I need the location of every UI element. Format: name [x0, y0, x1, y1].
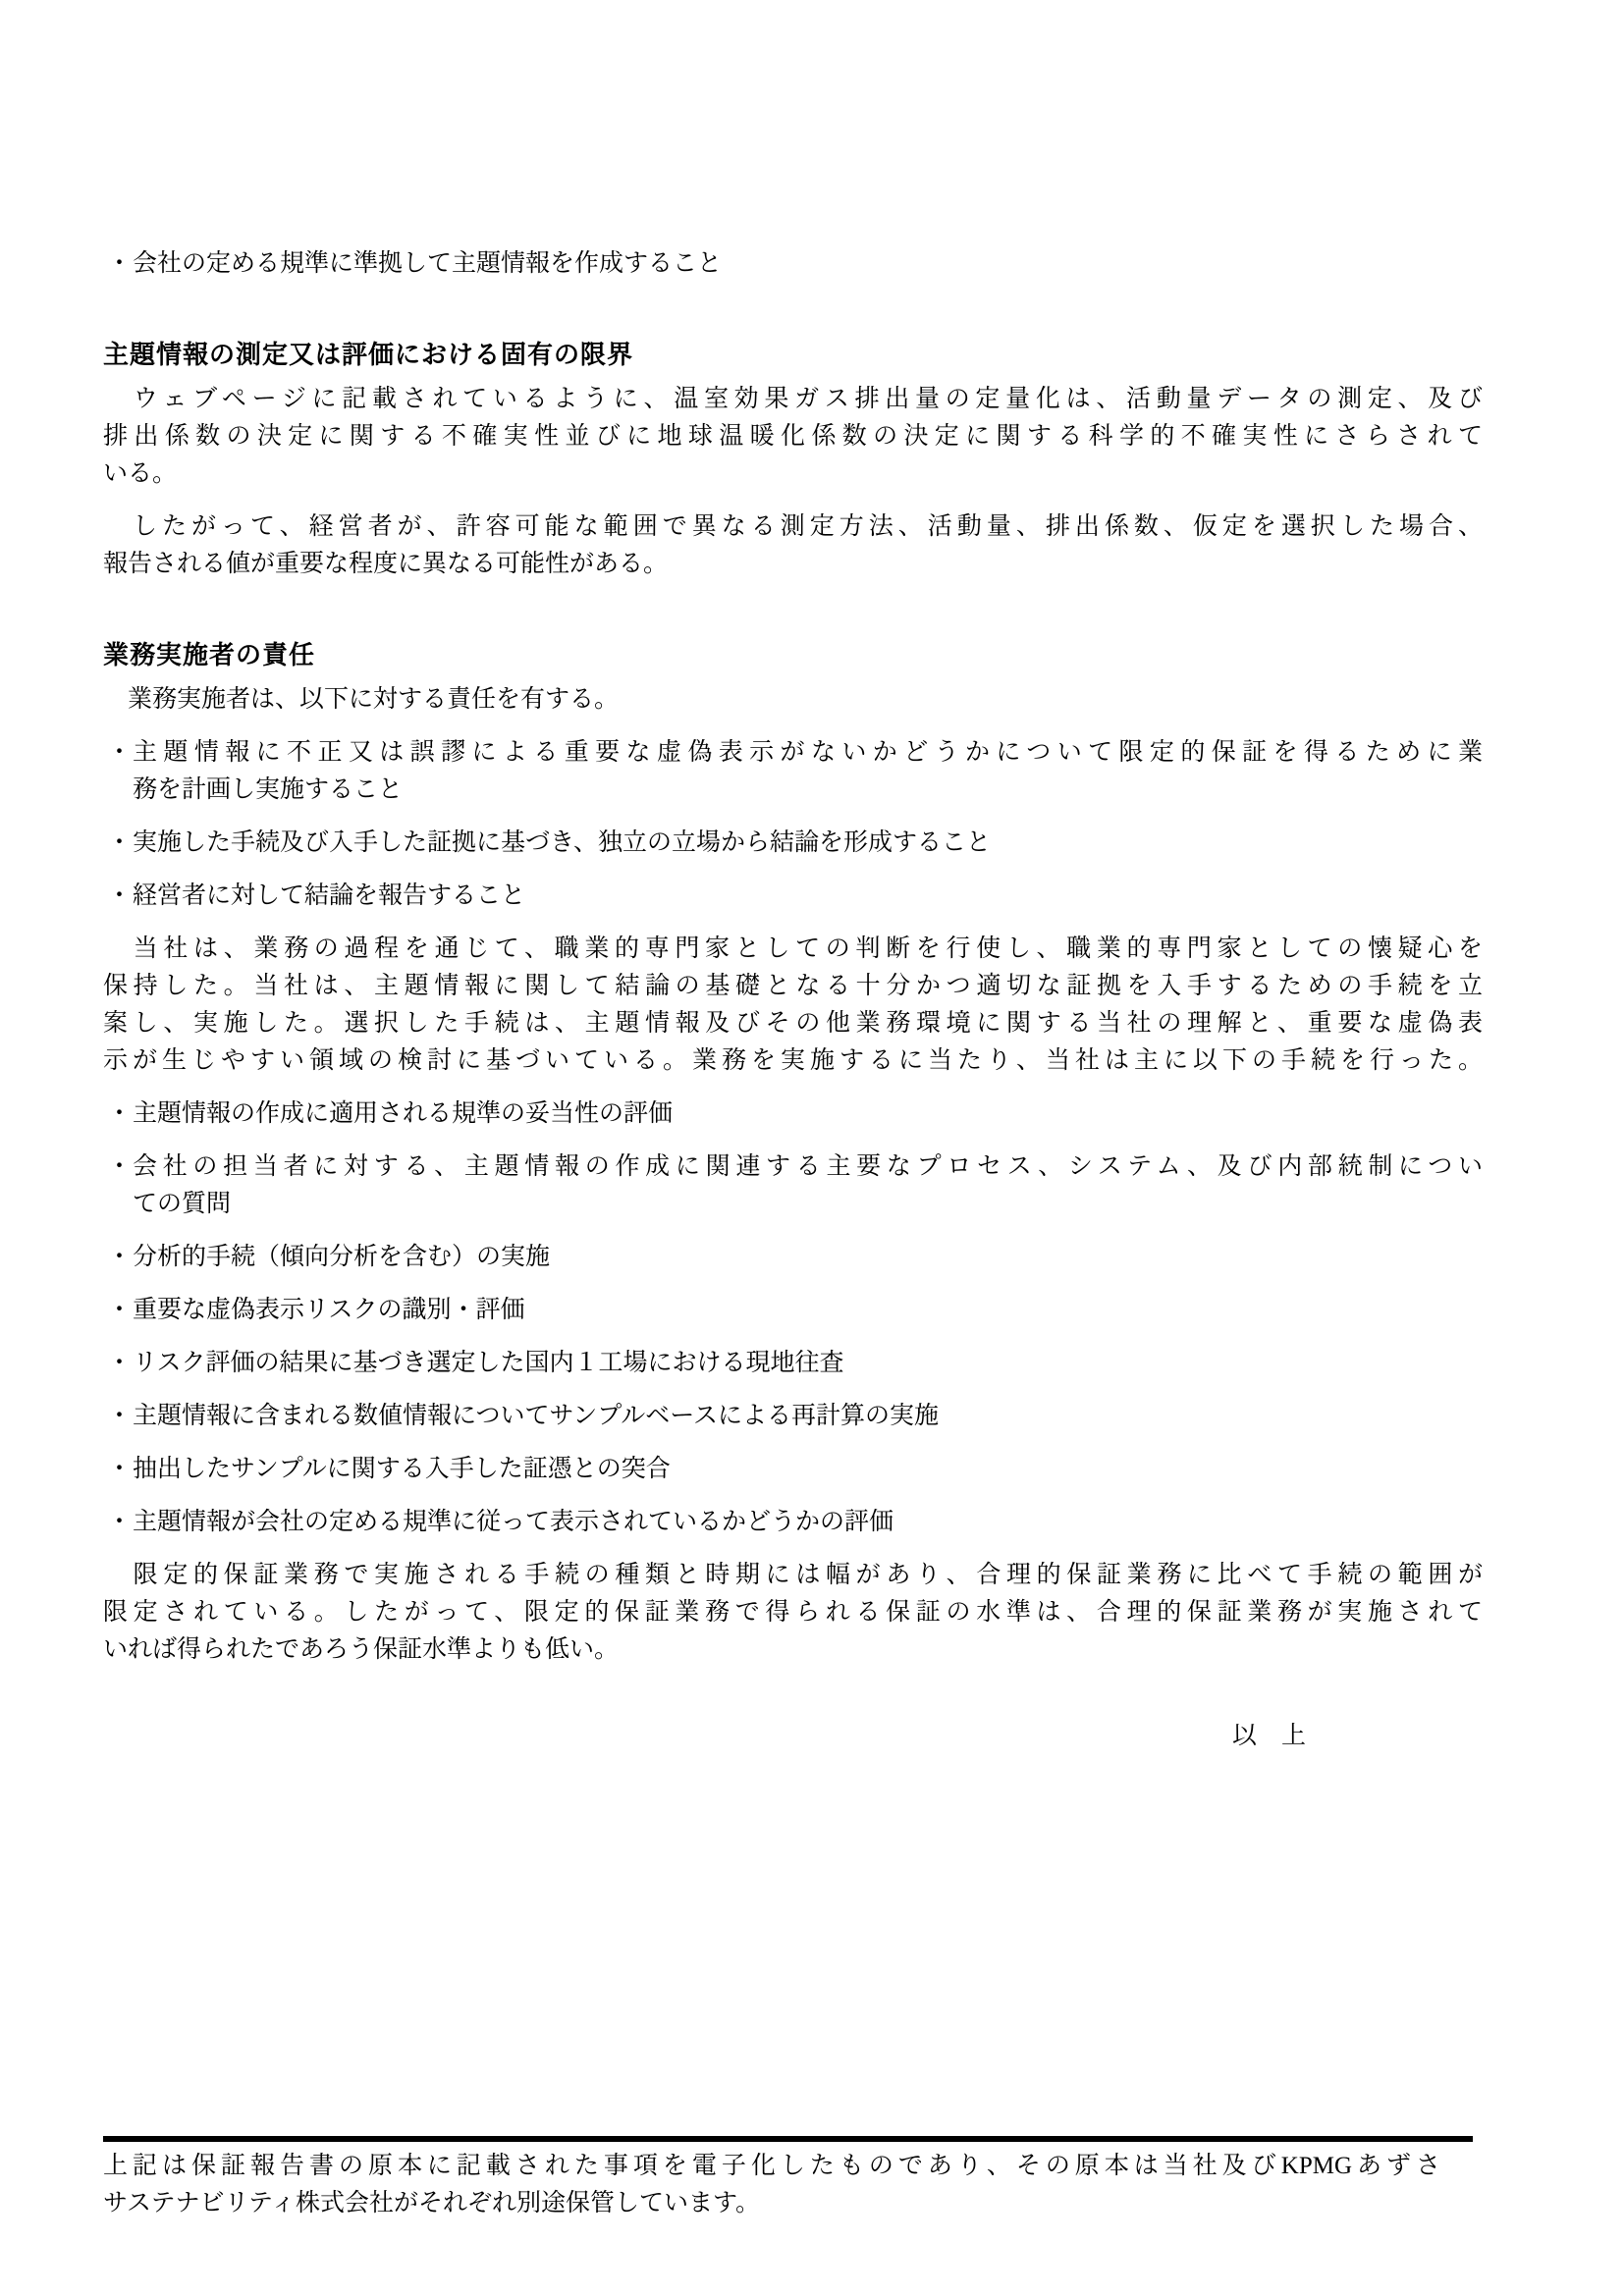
paragraph-measurement-variation: したがって、経営者が、許容可能な範囲で異なる測定方法、活動量、排出係数、仮定を選…	[103, 508, 1483, 583]
text-line: 保持した。当社は、主題情報に関して結論の基礎となる十分かつ適切な証拠を入手するた…	[103, 968, 1483, 1005]
text-line: 限定されている。したがって、限定的保証業務で得られる保証の水準は、合理的保証業務…	[103, 1594, 1483, 1631]
text-line: 会社の担当者に対する、主題情報の作成に関連する主要なプロセス、システム、及び内部…	[133, 1148, 1483, 1186]
text-line: 示が生じやすい領域の検討に基づいている。業務を実施するに当たり、当社は主に以下の…	[103, 1042, 1483, 1080]
bullet-text: 経営者に対して結論を報告すること	[133, 878, 1483, 915]
bullet-item: ・分析的手続（傾向分析を含む）の実施	[103, 1239, 1483, 1276]
bullet-marker: ・	[107, 878, 132, 915]
bullet-text: 主題情報に含まれる数値情報についてサンプルベースによる再計算の実施	[133, 1398, 1483, 1435]
text-line: リスク評価の結果に基づき選定した国内１工場における現地往査	[133, 1345, 1483, 1382]
text-line: サステナビリティ株式会社がそれぞれ別途保管しています。	[103, 2185, 1440, 2222]
bullet-text: 重要な虚偽表示リスクの識別・評価	[133, 1292, 1483, 1329]
footer-note: 上記は保証報告書の原本に記載された事項を電子化したものであり、その原本は当社及び…	[103, 2136, 1473, 2222]
text-line: いれば得られたであろう保証水準よりも低い。	[103, 1631, 1483, 1669]
bullet-marker: ・	[107, 1451, 132, 1488]
bullet-marker: ・	[107, 1239, 132, 1276]
text-line: 経営者に対して結論を報告すること	[133, 878, 1483, 915]
bullet-marker: ・	[107, 1292, 132, 1329]
bullet-item: ・経営者に対して結論を報告すること	[103, 878, 1483, 915]
text-line: 案し、実施した。選択した手続は、主題情報及びその他業務環境に関する当社の理解と、…	[103, 1005, 1483, 1042]
bullet-marker: ・	[107, 1398, 132, 1435]
text-line: したがって、経営者が、許容可能な範囲で異なる測定方法、活動量、排出係数、仮定を選…	[103, 508, 1483, 546]
bullet-marker: ・	[107, 1095, 132, 1133]
text-line: 主題情報に不正又は誤謬による重要な虚偽表示がないかどうかについて限定的保証を得る…	[133, 734, 1483, 772]
paragraph-responsibility-lead: 業務実施者は、以下に対する責任を有する。	[103, 681, 1483, 719]
bullet-marker: ・	[107, 825, 132, 862]
text-line: 主題情報が会社の定める規準に従って表示されているかどうかの評価	[133, 1504, 1483, 1541]
bullet-text: 主題情報に不正又は誤謬による重要な虚偽表示がないかどうかについて限定的保証を得る…	[133, 734, 1483, 809]
text-line: 排出係数の決定に関する不確実性並びに地球温暖化係数の決定に関する科学的不確実性に…	[103, 418, 1483, 455]
criteria-compliance-bullet: ・ 会社の定める規準に準拠して主題情報を作成すること	[103, 245, 1483, 283]
bullet-item: ・実施した手続及び入手した証拠に基づき、独立の立場から結論を形成すること	[103, 825, 1483, 862]
text-line: 会社の定める規準に準拠して主題情報を作成すること	[133, 245, 1483, 283]
bullet-item: ・主題情報に含まれる数値情報についてサンプルベースによる再計算の実施	[103, 1398, 1483, 1435]
paragraph-limited-assurance-level: 限定的保証業務で実施される手続の種類と時期には幅があり、合理的保証業務に比べて手…	[103, 1557, 1483, 1669]
bullet-item: ・重要な虚偽表示リスクの識別・評価	[103, 1292, 1483, 1329]
bullet-item: ・会社の担当者に対する、主題情報の作成に関連する主要なプロセス、システム、及び内…	[103, 1148, 1483, 1223]
footer-text: 上記は保証報告書の原本に記載された事項を電子化したものであり、その原本は当社及び…	[103, 2148, 1440, 2222]
bullet-text: 会社の定める規準に準拠して主題情報を作成すること	[133, 245, 1483, 283]
bullet-item: ・主題情報が会社の定める規準に従って表示されているかどうかの評価	[103, 1504, 1483, 1541]
text-line: いる。	[103, 455, 1483, 493]
bullet-marker: ・	[107, 245, 132, 283]
section-heading-inherent-limitations: 主題情報の測定又は評価における固有の限界	[103, 336, 1483, 373]
text-line: ウェブページに記載されているように、温室効果ガス排出量の定量化は、活動量データの…	[103, 381, 1483, 418]
responsibility-bullet-list: ・主題情報に不正又は誤謬による重要な虚偽表示がないかどうかについて限定的保証を得…	[103, 734, 1483, 915]
footer-rule	[103, 2136, 1473, 2142]
text-line: 務を計画し実施すること	[133, 772, 1483, 809]
report-body: ・ 会社の定める規準に準拠して主題情報を作成すること 主題情報の測定又は評価にお…	[103, 0, 1483, 1755]
bullet-item: ・主題情報に不正又は誤謬による重要な虚偽表示がないかどうかについて限定的保証を得…	[103, 734, 1483, 809]
text-line: 主題情報に含まれる数値情報についてサンプルベースによる再計算の実施	[133, 1398, 1483, 1435]
bullet-item: ・主題情報の作成に適用される規準の妥当性の評価	[103, 1095, 1483, 1133]
text-line: 当社は、業務の過程を通じて、職業的専門家としての判断を行使し、職業的専門家として…	[103, 931, 1483, 968]
bullet-text: 会社の担当者に対する、主題情報の作成に関連する主要なプロセス、システム、及び内部…	[133, 1148, 1483, 1223]
procedure-bullet-list: ・主題情報の作成に適用される規準の妥当性の評価・会社の担当者に対する、主題情報の…	[103, 1095, 1483, 1541]
text-line: ての質問	[133, 1186, 1483, 1223]
text-line: 実施した手続及び入手した証拠に基づき、独立の立場から結論を形成すること	[133, 825, 1483, 862]
bullet-text: 主題情報の作成に適用される規準の妥当性の評価	[133, 1095, 1483, 1133]
text-line: 限定的保証業務で実施される手続の種類と時期には幅があり、合理的保証業務に比べて手…	[103, 1557, 1483, 1594]
bullet-text: 分析的手続（傾向分析を含む）の実施	[133, 1239, 1483, 1276]
text-line: 上記は保証報告書の原本に記載された事項を電子化したものであり、その原本は当社及び…	[103, 2148, 1440, 2185]
bullet-item: ・抽出したサンプルに関する入手した証憑との突合	[103, 1451, 1483, 1488]
text-line: 報告される値が重要な程度に異なる可能性がある。	[103, 546, 1483, 583]
bullet-text: 実施した手続及び入手した証拠に基づき、独立の立場から結論を形成すること	[133, 825, 1483, 862]
text-line: 重要な虚偽表示リスクの識別・評価	[133, 1292, 1483, 1329]
text-line: 抽出したサンプルに関する入手した証憑との突合	[133, 1451, 1483, 1488]
section-heading-practitioner-responsibility: 業務実施者の責任	[103, 636, 1483, 673]
bullet-marker: ・	[107, 1148, 132, 1186]
bullet-marker: ・	[107, 1345, 132, 1382]
paragraph-ghg-uncertainty: ウェブページに記載されているように、温室効果ガス排出量の定量化は、活動量データの…	[103, 381, 1483, 493]
bullet-marker: ・	[107, 1504, 132, 1541]
text-line: 主題情報の作成に適用される規準の妥当性の評価	[133, 1095, 1483, 1133]
closing-mark: 以 上	[103, 1718, 1483, 1755]
bullet-marker: ・	[107, 734, 132, 772]
text-line: 分析的手続（傾向分析を含む）の実施	[133, 1239, 1483, 1276]
paragraph-procedures-intro: 当社は、業務の過程を通じて、職業的専門家としての判断を行使し、職業的専門家として…	[103, 931, 1483, 1080]
assurance-report-page: ・ 会社の定める規準に準拠して主題情報を作成すること 主題情報の測定又は評価にお…	[0, 0, 1624, 2296]
bullet-text: 抽出したサンプルに関する入手した証憑との突合	[133, 1451, 1483, 1488]
bullet-text: 主題情報が会社の定める規準に従って表示されているかどうかの評価	[133, 1504, 1483, 1541]
bullet-text: リスク評価の結果に基づき選定した国内１工場における現地往査	[133, 1345, 1483, 1382]
text-line: 業務実施者は、以下に対する責任を有する。	[103, 681, 1483, 719]
bullet-item: ・リスク評価の結果に基づき選定した国内１工場における現地往査	[103, 1345, 1483, 1382]
